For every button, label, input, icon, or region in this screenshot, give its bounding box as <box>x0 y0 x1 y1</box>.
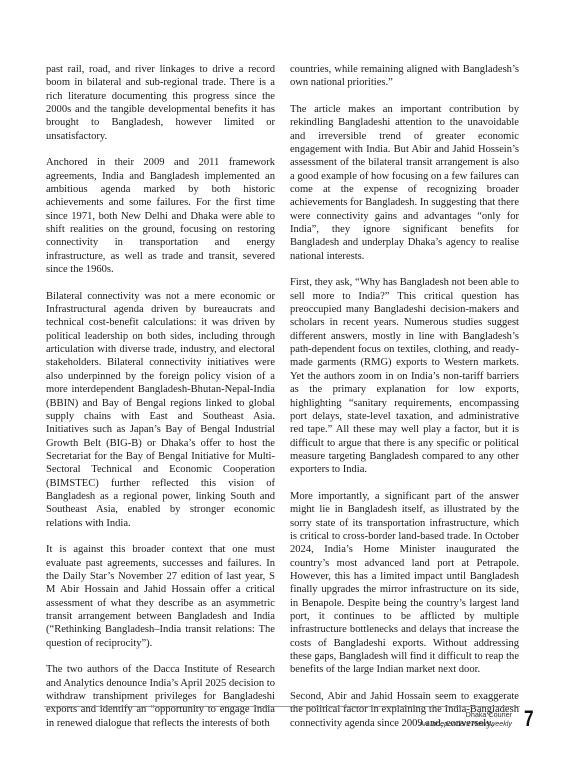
page-footer: Dhaka Courier An Independent Newsweekly <box>419 711 512 728</box>
paragraph: It is against this broader context that … <box>46 543 275 650</box>
paragraph: past rail, road, and river linkages to d… <box>46 63 275 143</box>
paragraph: Bilateral connectivity was not a mere ec… <box>46 290 275 530</box>
paragraph: The two authors of the Dacca Institute o… <box>46 663 275 730</box>
paragraph: The article makes an important contribut… <box>290 103 519 263</box>
article-column-left: past rail, road, and river linkages to d… <box>46 63 275 730</box>
paragraph: Anchored in their 2009 and 2011 framewor… <box>46 156 275 276</box>
page-number: 7 <box>524 707 534 731</box>
magazine-page: past rail, road, and river linkages to d… <box>0 0 576 770</box>
paragraph: countries, while remaining aligned with … <box>290 63 519 90</box>
article-column-right: countries, while remaining aligned with … <box>290 63 519 730</box>
publication-tagline: An Independent Newsweekly <box>419 720 512 729</box>
paragraph: More importantly, a significant part of … <box>290 490 519 677</box>
footer-divider <box>44 706 520 707</box>
paragraph: First, they ask, “Why has Bangladesh not… <box>290 276 519 476</box>
